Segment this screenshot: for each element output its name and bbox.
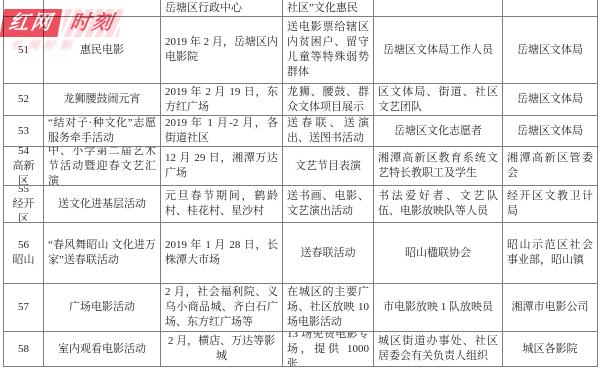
cell-r51-org: 岳塘区文体局工作人员: [374, 17, 503, 84]
cell-r52-resp: 岳塘区文体局: [503, 84, 598, 116]
cell-r55-name: 送文化进基层活动: [44, 186, 161, 223]
cell-text: 2019 年 1 月 28 日，长株潭大市场: [165, 238, 278, 268]
cell-text: 中、小学第二届艺术节活动暨迎春文艺汇演: [48, 147, 156, 186]
cell-r57-name: 广场电影活动: [44, 284, 161, 332]
cell-text: 市电影放映 1 队放映员: [378, 300, 498, 315]
cell-prev-time: 岳塘区行政中心: [161, 0, 283, 17]
events-schedule-table: 岳塘区行政中心 社区”文化惠民 51 惠民电影 2019 年 2 月，岳塘区内电…: [3, 0, 598, 367]
cell-text: 区文体局、街道、社区文艺团队: [378, 85, 498, 115]
cell-prev-org: [374, 0, 503, 17]
cell-text: 岳塘区文体局: [507, 92, 593, 107]
cell-r58-number: 58: [4, 332, 44, 367]
cell-r57-time: 2 月，社会福利院、义乌小商品城、齐白石广场、东方红广场等: [161, 284, 283, 332]
cell-text: 城区各影院: [507, 342, 593, 357]
cell-text: 书法爱好者、文艺队伍、电影放映队等人员: [378, 189, 498, 219]
cell-r54-resp: 湘潭高新区管委会: [503, 147, 598, 186]
cell-r53-org: 岳塘区文化志愿者: [374, 116, 503, 147]
cell-text: 湘潭高新区教育系统文艺特长教职工及学生: [378, 151, 498, 181]
cell-text: 龙狮、腰鼓、群众文体项目展示: [287, 85, 369, 115]
rednet-logo-light-segment: 时刻: [58, 9, 124, 37]
cell-text: 2019 年 2 月 19 日，东方红广场: [165, 85, 278, 115]
cell-prev-resp: [503, 0, 598, 17]
rednet-logo-red-segment: 红网: [0, 9, 62, 37]
cell-text: 元旦春节期间，鹤龄村、桂花村、星沙村: [165, 189, 278, 219]
cell-r57-number: 57: [4, 284, 44, 332]
cell-text: 湘潭市电影公司: [507, 300, 593, 315]
logo-text-shike: 时刻: [68, 12, 116, 34]
cell-r52-org: 区文体局、街道、社区文艺团队: [374, 84, 503, 116]
cell-text: 12 月 29 日，湘潭万达广场: [165, 151, 278, 181]
row-number: 57: [8, 300, 39, 315]
cell-r55-number: 55经开区: [4, 186, 44, 223]
cell-r56-time: 2019 年 1 月 28 日，长株潭大市场: [161, 223, 283, 284]
cell-prev-content: 社区”文化惠民: [283, 0, 374, 17]
cell-r55-content: 送书画、电影、文艺演出活动: [283, 186, 374, 223]
cell-r52-content: 龙狮、腰鼓、群众文体项目展示: [283, 84, 374, 116]
cell-r54-content: 文艺节目表演: [283, 147, 374, 186]
cell-r51-resp: 岳塘区文体局: [503, 17, 598, 84]
cell-text: 经开区文教卫计局: [507, 189, 593, 219]
cell-text: 2 月，横店、万达等影城: [165, 334, 278, 364]
cell-r53-name: “结对子·种文化”志愿服务牵手活动: [44, 116, 161, 147]
cell-r51-time: 2019 年 2 月，岳塘区内电影院: [161, 17, 283, 84]
cell-text: 2 月，社会福利院、义乌小商品城、齐白石广场、东方红广场等: [165, 285, 278, 330]
cell-r55-resp: 经开区文教卫计局: [503, 186, 598, 223]
row-number: 52: [8, 92, 39, 107]
cell-r54-number: 54高新区: [4, 147, 44, 186]
cell-r56-resp: 昭山示范区社会事业部，昭山镇: [503, 223, 598, 284]
cell-r54-name: 中、小学第二届艺术节活动暨迎春文艺汇演: [44, 147, 161, 186]
cell-text: 昭山楹联协会: [378, 246, 498, 261]
cell-text: 送文化进基层活动: [48, 197, 156, 212]
cell-r57-content: 在城区的主要广场、社区放映 10 场电影活动: [283, 284, 374, 332]
cell-text: 送春联活动: [287, 246, 369, 261]
cell-r56-org: 昭山楹联协会: [374, 223, 503, 284]
cell-r58-name: 室内观看电影活动: [44, 332, 161, 367]
cell-r53-content: 送春联、送演出、送图书活动: [283, 116, 374, 147]
cell-text: 岳塘区文化志愿者: [378, 124, 498, 139]
cell-r58-time: 2 月，横店、万达等影城: [161, 332, 283, 367]
cell-text: 城区街道办事处、社区居委会有关负责人组织: [378, 334, 498, 364]
row-region: 昭山: [8, 253, 39, 268]
cell-text: 龙狮腰鼓闹元宵: [48, 92, 156, 107]
rednet-logo: 红网 时刻: [0, 9, 123, 37]
cell-r53-time: 2019 年 1 月-2 月，各街道社区: [161, 116, 283, 147]
cell-r53-resp: 岳塘区文体局: [503, 116, 598, 147]
cell-text: “春风舞昭山 文化进万家”送春联活动: [48, 238, 156, 268]
page: 岳塘区行政中心 社区”文化惠民 51 惠民电影 2019 年 2 月，岳塘区内电…: [0, 0, 600, 370]
row-number: 56: [8, 238, 39, 253]
cell-r58-org: 城区街道办事处、社区居委会有关负责人组织: [374, 332, 503, 367]
cell-r57-resp: 湘潭市电影公司: [503, 284, 598, 332]
rednet-logo-reflection: 红网时刻: [11, 37, 78, 53]
cell-r56-number: 56昭山: [4, 223, 44, 284]
cell-text: “结对子·种文化”志愿服务牵手活动: [48, 116, 156, 146]
cell-text: 2019 年 1 月-2 月，各街道社区: [165, 116, 278, 146]
cell-text: 在城区的主要广场、社区放映 10 场电影活动: [287, 285, 369, 330]
cell-r54-time: 12 月 29 日，湘潭万达广场: [161, 147, 283, 186]
cell-text: 湘潭高新区管委会: [507, 151, 593, 181]
row-number: 54: [8, 147, 39, 159]
row-number: 53: [8, 124, 39, 139]
cell-text: 岳塘区行政中心: [165, 1, 278, 16]
cell-text: 昭山示范区社会事业部，昭山镇: [507, 238, 593, 268]
cell-r57-org: 市电影放映 1 队放映员: [374, 284, 503, 332]
cell-text: 送书画、电影、文艺演出活动: [287, 189, 369, 219]
cell-r54-org: 湘潭高新区教育系统文艺特长教职工及学生: [374, 147, 503, 186]
cell-text: 室内观看电影活动: [48, 342, 156, 357]
cell-r56-name: “春风舞昭山 文化进万家”送春联活动: [44, 223, 161, 284]
cell-text: 2019 年 2 月，岳塘区内电影院: [165, 35, 278, 65]
cell-text: 13 场免费电影专场，提供 1000 张: [287, 332, 369, 367]
cell-r58-resp: 城区各影院: [503, 332, 598, 367]
cell-text: 广场电影活动: [48, 300, 156, 315]
logo-text-hongwang: 红网: [7, 12, 55, 34]
cell-text: 文艺节目表演: [287, 159, 369, 174]
row-number: 55: [8, 186, 39, 197]
cell-r55-time: 元旦春节期间，鹤龄村、桂花村、星沙村: [161, 186, 283, 223]
cell-text: 社区”文化惠民: [287, 1, 369, 16]
cell-r51-content: 送电影票给辖区内贫困户、留守儿童等特殊弱势群体: [283, 17, 374, 84]
cell-r52-number: 52: [4, 84, 44, 116]
row-number: 58: [8, 342, 39, 357]
cell-text: 岳塘区文体局: [507, 124, 593, 139]
cell-text: 岳塘区文体局: [507, 43, 593, 58]
cell-r55-org: 书法爱好者、文艺队伍、电影放映队等人员: [374, 186, 503, 223]
cell-r53-number: 53: [4, 116, 44, 147]
cell-text: 送春联、送演出、送图书活动: [287, 116, 369, 146]
cell-r52-time: 2019 年 2 月 19 日，东方红广场: [161, 84, 283, 116]
cell-r52-name: 龙狮腰鼓闹元宵: [44, 84, 161, 116]
cell-text: 送电影票给辖区内贫困户、留守儿童等特殊弱势群体: [287, 20, 369, 80]
cell-text: 岳塘区文体局工作人员: [378, 43, 498, 58]
cell-r58-content: 13 场免费电影专场，提供 1000 张: [283, 332, 374, 367]
row-region: 高新区: [8, 159, 39, 187]
cell-r56-content: 送春联活动: [283, 223, 374, 284]
row-region: 经开区: [8, 197, 39, 224]
